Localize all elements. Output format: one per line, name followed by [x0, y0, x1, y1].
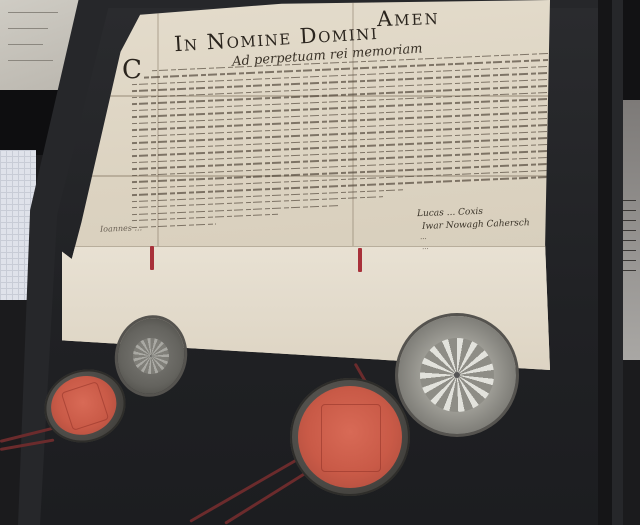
- right-seal-lid: [398, 316, 516, 434]
- right-seal-skippet: [290, 378, 410, 496]
- signature-left: Ioannes ...: [100, 223, 142, 233]
- photo-scene: In Nomine Domini Amen Ad perpetuam rei m…: [0, 0, 640, 525]
- charter-body-text: [132, 53, 550, 246]
- charter-parchment: In Nomine Domini Amen Ad perpetuam rei m…: [62, 0, 550, 370]
- scribble-line: [8, 28, 48, 29]
- scribble-line: [8, 12, 58, 13]
- signature-right: ...: [420, 233, 427, 241]
- display-case-rail: [598, 0, 612, 525]
- rosette-icon: [420, 338, 494, 412]
- right-seal-wax: [298, 386, 402, 488]
- signature-right: ...: [422, 243, 429, 251]
- seal-emblem: [321, 404, 381, 471]
- scribble-line: [8, 60, 53, 61]
- charter-heading-amen: Amen: [377, 5, 440, 31]
- seal-emblem: [60, 381, 109, 430]
- seal-tag-left: [150, 246, 154, 270]
- rosette-icon: [130, 335, 173, 378]
- seal-tag-right: [358, 248, 362, 272]
- scribble-line: [8, 44, 43, 45]
